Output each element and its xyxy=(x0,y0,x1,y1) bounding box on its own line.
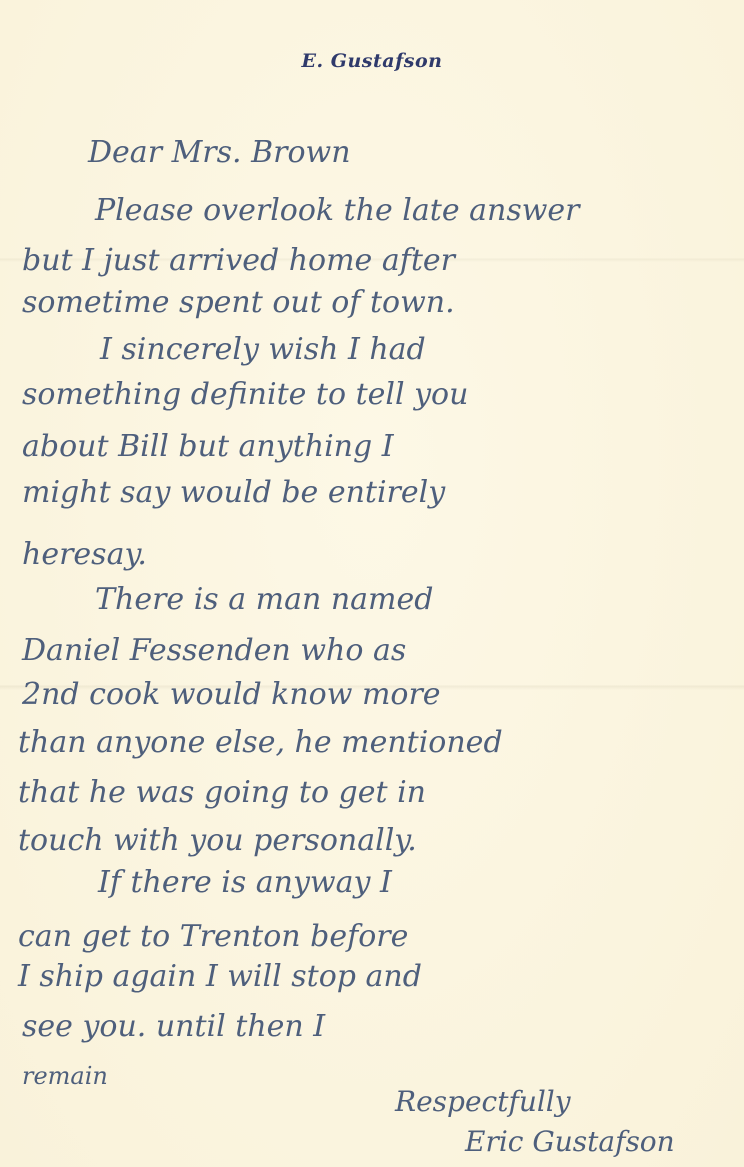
letter-line: might say would be entirely xyxy=(22,478,445,508)
closing: Respectfully xyxy=(395,1088,571,1116)
letter-line: heresay. xyxy=(22,540,147,570)
letter-line: can get to Trenton before xyxy=(18,922,408,952)
letter-line: I sincerely wish I had xyxy=(100,335,426,365)
letter-line: than anyone else, he mentioned xyxy=(18,728,503,758)
letter-line: Please overlook the late answer xyxy=(95,196,580,226)
letter-line: but I just arrived home after xyxy=(22,246,455,276)
letter-line: touch with you personally. xyxy=(18,826,417,856)
letter-line: If there is anyway I xyxy=(98,868,392,898)
letter-line: see you. until then I xyxy=(22,1012,325,1042)
letter-line: that he was going to get in xyxy=(18,778,426,808)
letter-line: something definite to tell you xyxy=(22,380,468,410)
letter-paper: E. Gustafson Dear Mrs. Brown Please over… xyxy=(0,0,744,1167)
letter-line: sometime spent out of town. xyxy=(22,288,455,318)
letter-line: about Bill but anything I xyxy=(22,432,394,462)
salutation: Dear Mrs. Brown xyxy=(88,138,351,168)
letter-line: I ship again I will stop and xyxy=(18,962,422,992)
letter-line: remain xyxy=(22,1064,108,1088)
letter-line: Daniel Fessenden who as xyxy=(22,636,406,666)
letter-line: There is a man named xyxy=(95,585,433,615)
letterhead: E. Gustafson xyxy=(0,50,744,72)
letter-line: 2nd cook would know more xyxy=(22,680,441,710)
signature: Eric Gustafson xyxy=(465,1128,675,1156)
